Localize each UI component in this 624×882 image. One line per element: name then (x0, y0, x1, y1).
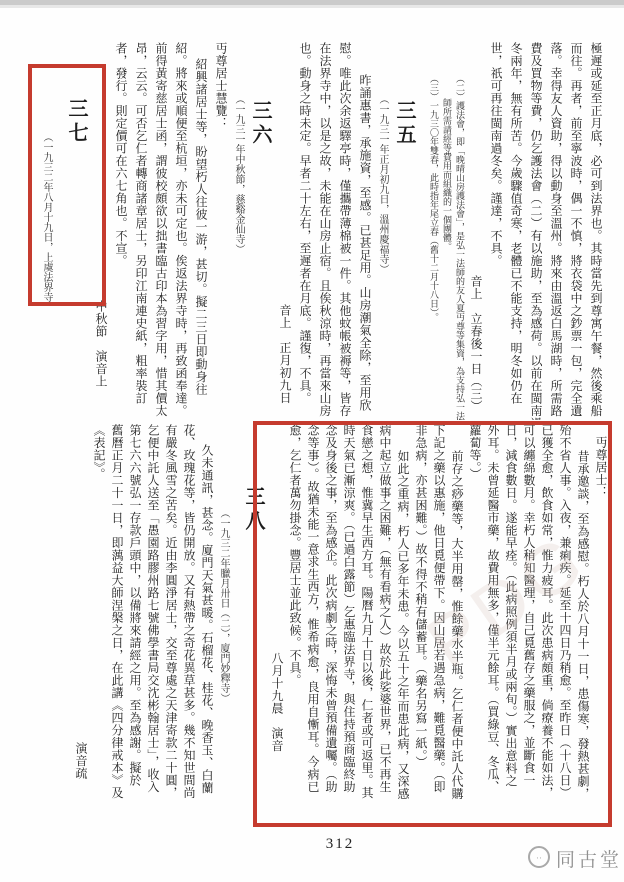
letter-column: 而往。再者，前至寧波時，偶一不慎，將衣袋中之鈔票一包，完全遺 (566, 42, 586, 420)
letter-column: 在法界寺中，以是之故，未能在山房止宿。且俟秋涼時，再當來山房 (315, 42, 335, 420)
page-number: 312 (300, 836, 380, 853)
letter-column: 昂，云云。可否乞仁者轉商諸章居士，另印江南連史紙，粗率裝訂 (131, 42, 151, 420)
letter-column: 舊曆正月二十一日，即蕅益大師涅槃之日，在此講《四分律戒本》及 (108, 424, 126, 826)
letter-column: 紹興諸居士等，盼望朽人往彼一游，甚切。擬二三日即動身往 (191, 42, 211, 420)
letter-35-header: 三五 (389, 42, 419, 420)
letter-column: 有嚴冬風雪之苦矣。近由李圓淨居士，交至尊處之天津寄款二十圓， (162, 424, 180, 826)
tonggu-tang-watermark: 同古堂 (556, 845, 622, 872)
footnote-continued: 師所需請經等費用而組織的一個團體。 (440, 42, 453, 420)
letter-column: 花、玫瑰花等，皆仍開放。又有熱帶之奇花異草甚多。幾不知世間尚 (180, 424, 198, 826)
letter-36-header: 三六 (245, 42, 275, 420)
letter-column: 冬兩年，無有所苦。今歲驟值奇寒，老體已不能支持，明冬如仍在 (506, 42, 526, 420)
letter-column: 費及買物等費，仍乞護法會（二）有以施助，至為感荷。以前在閩南過 (526, 42, 546, 420)
footnote: （三）一九三〇年雙春，此時指年尾立春（舊十二月十八日）。 (427, 42, 440, 420)
letter-column: 昨誦惠書，承施資，至感。已甚足用。山房潮氣全除，至用欣 (355, 42, 375, 420)
scan-edge-soft (0, 5, 624, 8)
footnote: （二）護法會，即「晚晴山房護法會」，是弘一法師的友人夏丏尊等集資，為支持弘一法 (453, 42, 466, 420)
letter-signature: 音上 正月初九日 (275, 42, 295, 420)
letter-signature: 音上 立春後一日（三） (466, 42, 486, 420)
letter-column: 也。動身之時未定。早者二十左右，至遲者在月底。謹復，不具。 (295, 42, 315, 420)
letter-column: 第七六六號弘一存款戶頭中，以備將來請經之用。至為感謝。擬於 (126, 424, 144, 826)
letter-column: 者，發行。則定價可在六七角也。不宣。 (111, 42, 131, 420)
letter-column: 落。幸得友人資助，得以動身至溫州。將來由溫返白馬湖時，所需路 (546, 42, 566, 420)
letter-column: 《表記》。 (90, 424, 108, 826)
letter-column: 紹。將來或順便至杭垣，亦未可定也。俟返法界寺時，再致函奉達。 (171, 42, 191, 420)
letter-column: 世，祇可再往閩南過冬矣。謹達，不具。 (486, 42, 506, 420)
letter-35-date: （一九三一年正月初九日，溫州慶福寺） (375, 42, 389, 420)
red-highlight-box-letter-37-heading (28, 64, 106, 306)
letter-column: 乞便中託人送至「愚園路膠州路七號佛學書局交沈彬翰居士」，收入 (144, 424, 162, 826)
letter-38-date: （一九三二年臘月卅日（二），廈門妙釋寺） (216, 424, 230, 826)
letter-column: 慰。唯此次余返驛亭時，僅攜帶薄棉被一件。其他蚊帳被褥等，皆存 (335, 42, 355, 420)
letter-column: 丏尊居士慧覽： (211, 42, 231, 420)
upper-text-band: 極遲或延至正月底，必可到法界也。其時當先到尊寓午餐，然後乘船 而往。再者，前至寧… (39, 42, 606, 420)
letter-36-date: （一九三一年中秋節，慈谿金仙寺） (231, 42, 245, 420)
letter-column: 極遲或延至正月底，必可到法界也。其時當先到尊寓午餐，然後乘船 (586, 42, 606, 420)
letter-column: 前得黃寄慈居士函，謂彼校頗欲以拙書臨古印本為習字用，惜其價太 (151, 42, 171, 420)
letter-signature: 演音疏 (72, 424, 90, 826)
book-page-scan: 極遲或延至正月底，必可到法界也。其時當先到尊寓午餐，然後乘船 而往。再者，前至寧… (0, 0, 624, 882)
letter-column: 久未通訊，甚念。廈門天氣甚暖。石榴花、桂花、晚香玉、白蘭 (198, 424, 216, 826)
tonggu-tang-seal-icon: ·· (528, 846, 550, 868)
